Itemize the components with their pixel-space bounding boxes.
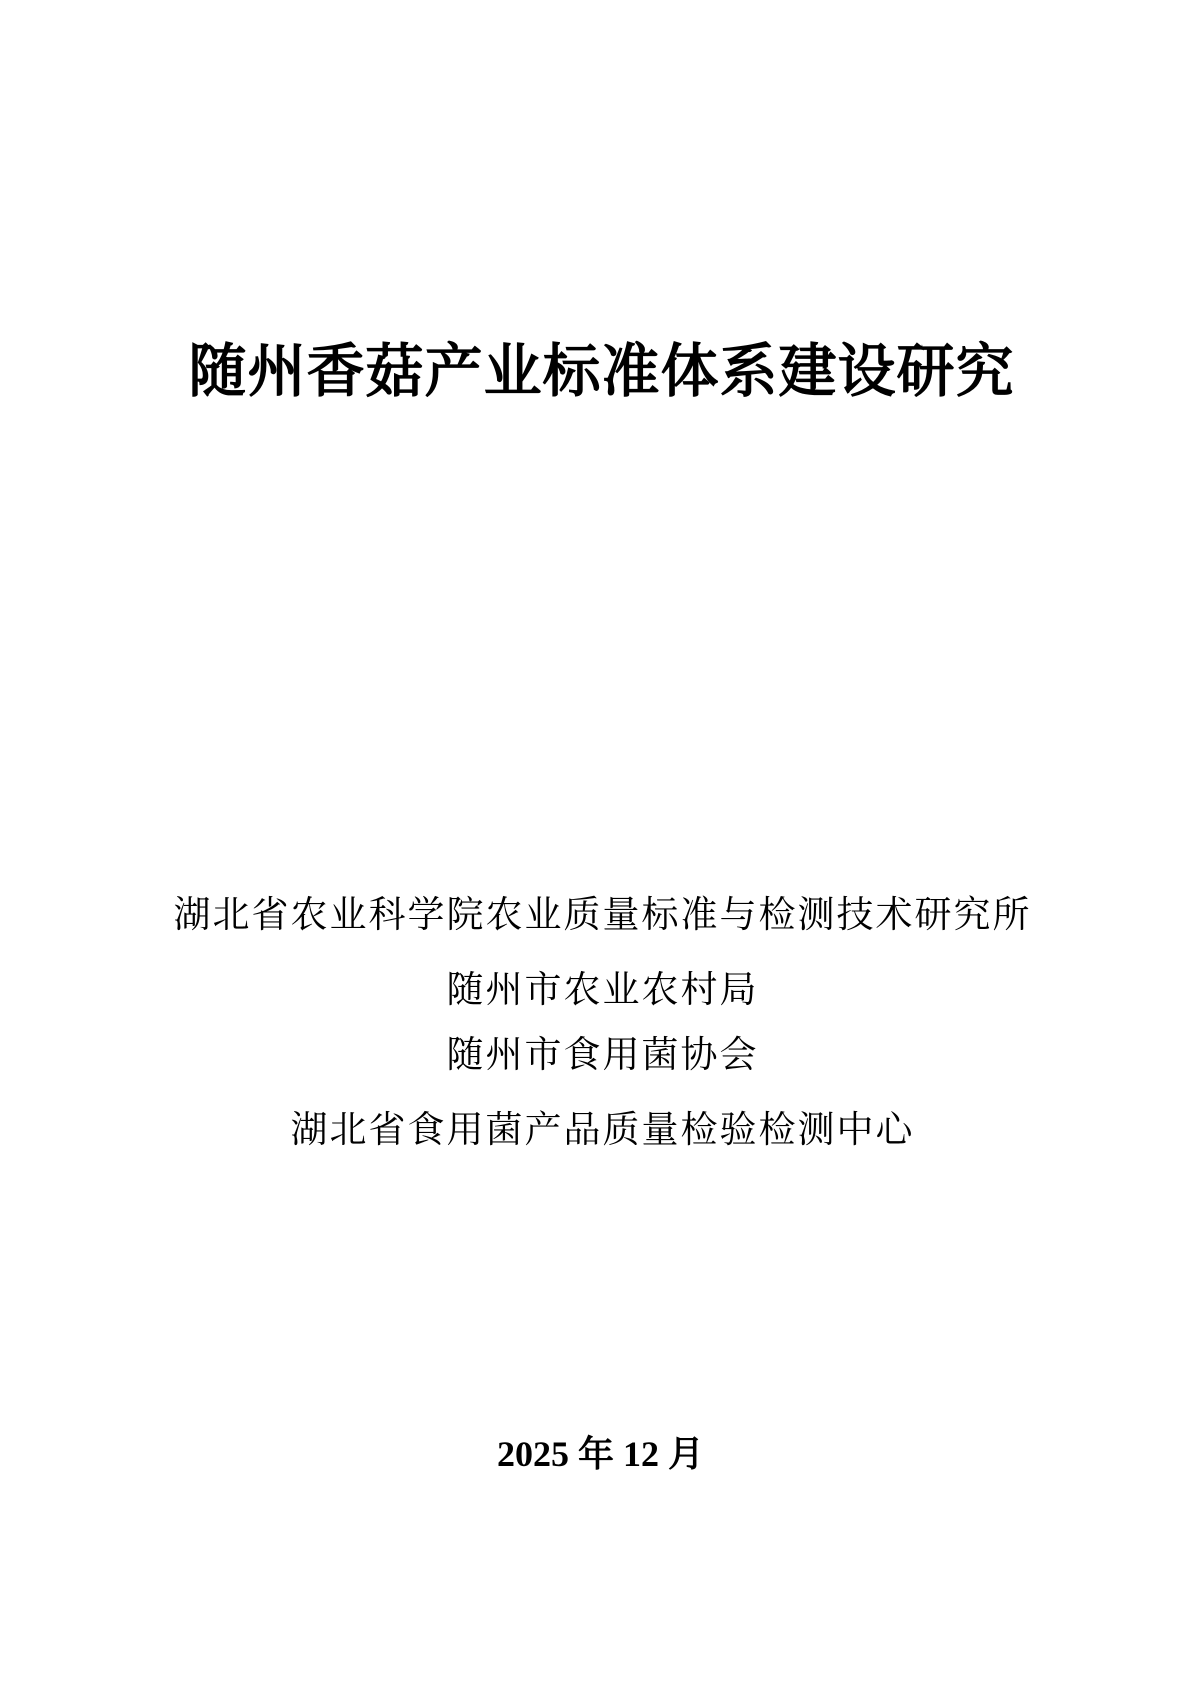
organization-1: 湖北省农业科学院农业质量标准与检测技术研究所 — [0, 896, 1191, 933]
publication-date: 2025 年 12 月 — [0, 1436, 1191, 1472]
organization-3: 随州市食用菌协会 — [0, 1036, 1191, 1073]
document-title: 随州香菇产业标准体系建设研究 — [0, 342, 1191, 400]
organization-4: 湖北省食用菌产品质量检验检测中心 — [0, 1111, 1191, 1148]
cover-page: 随州香菇产业标准体系建设研究 湖北省农业科学院农业质量标准与检测技术研究所 随州… — [0, 0, 1191, 1684]
organization-2: 随州市农业农村局 — [0, 971, 1191, 1008]
